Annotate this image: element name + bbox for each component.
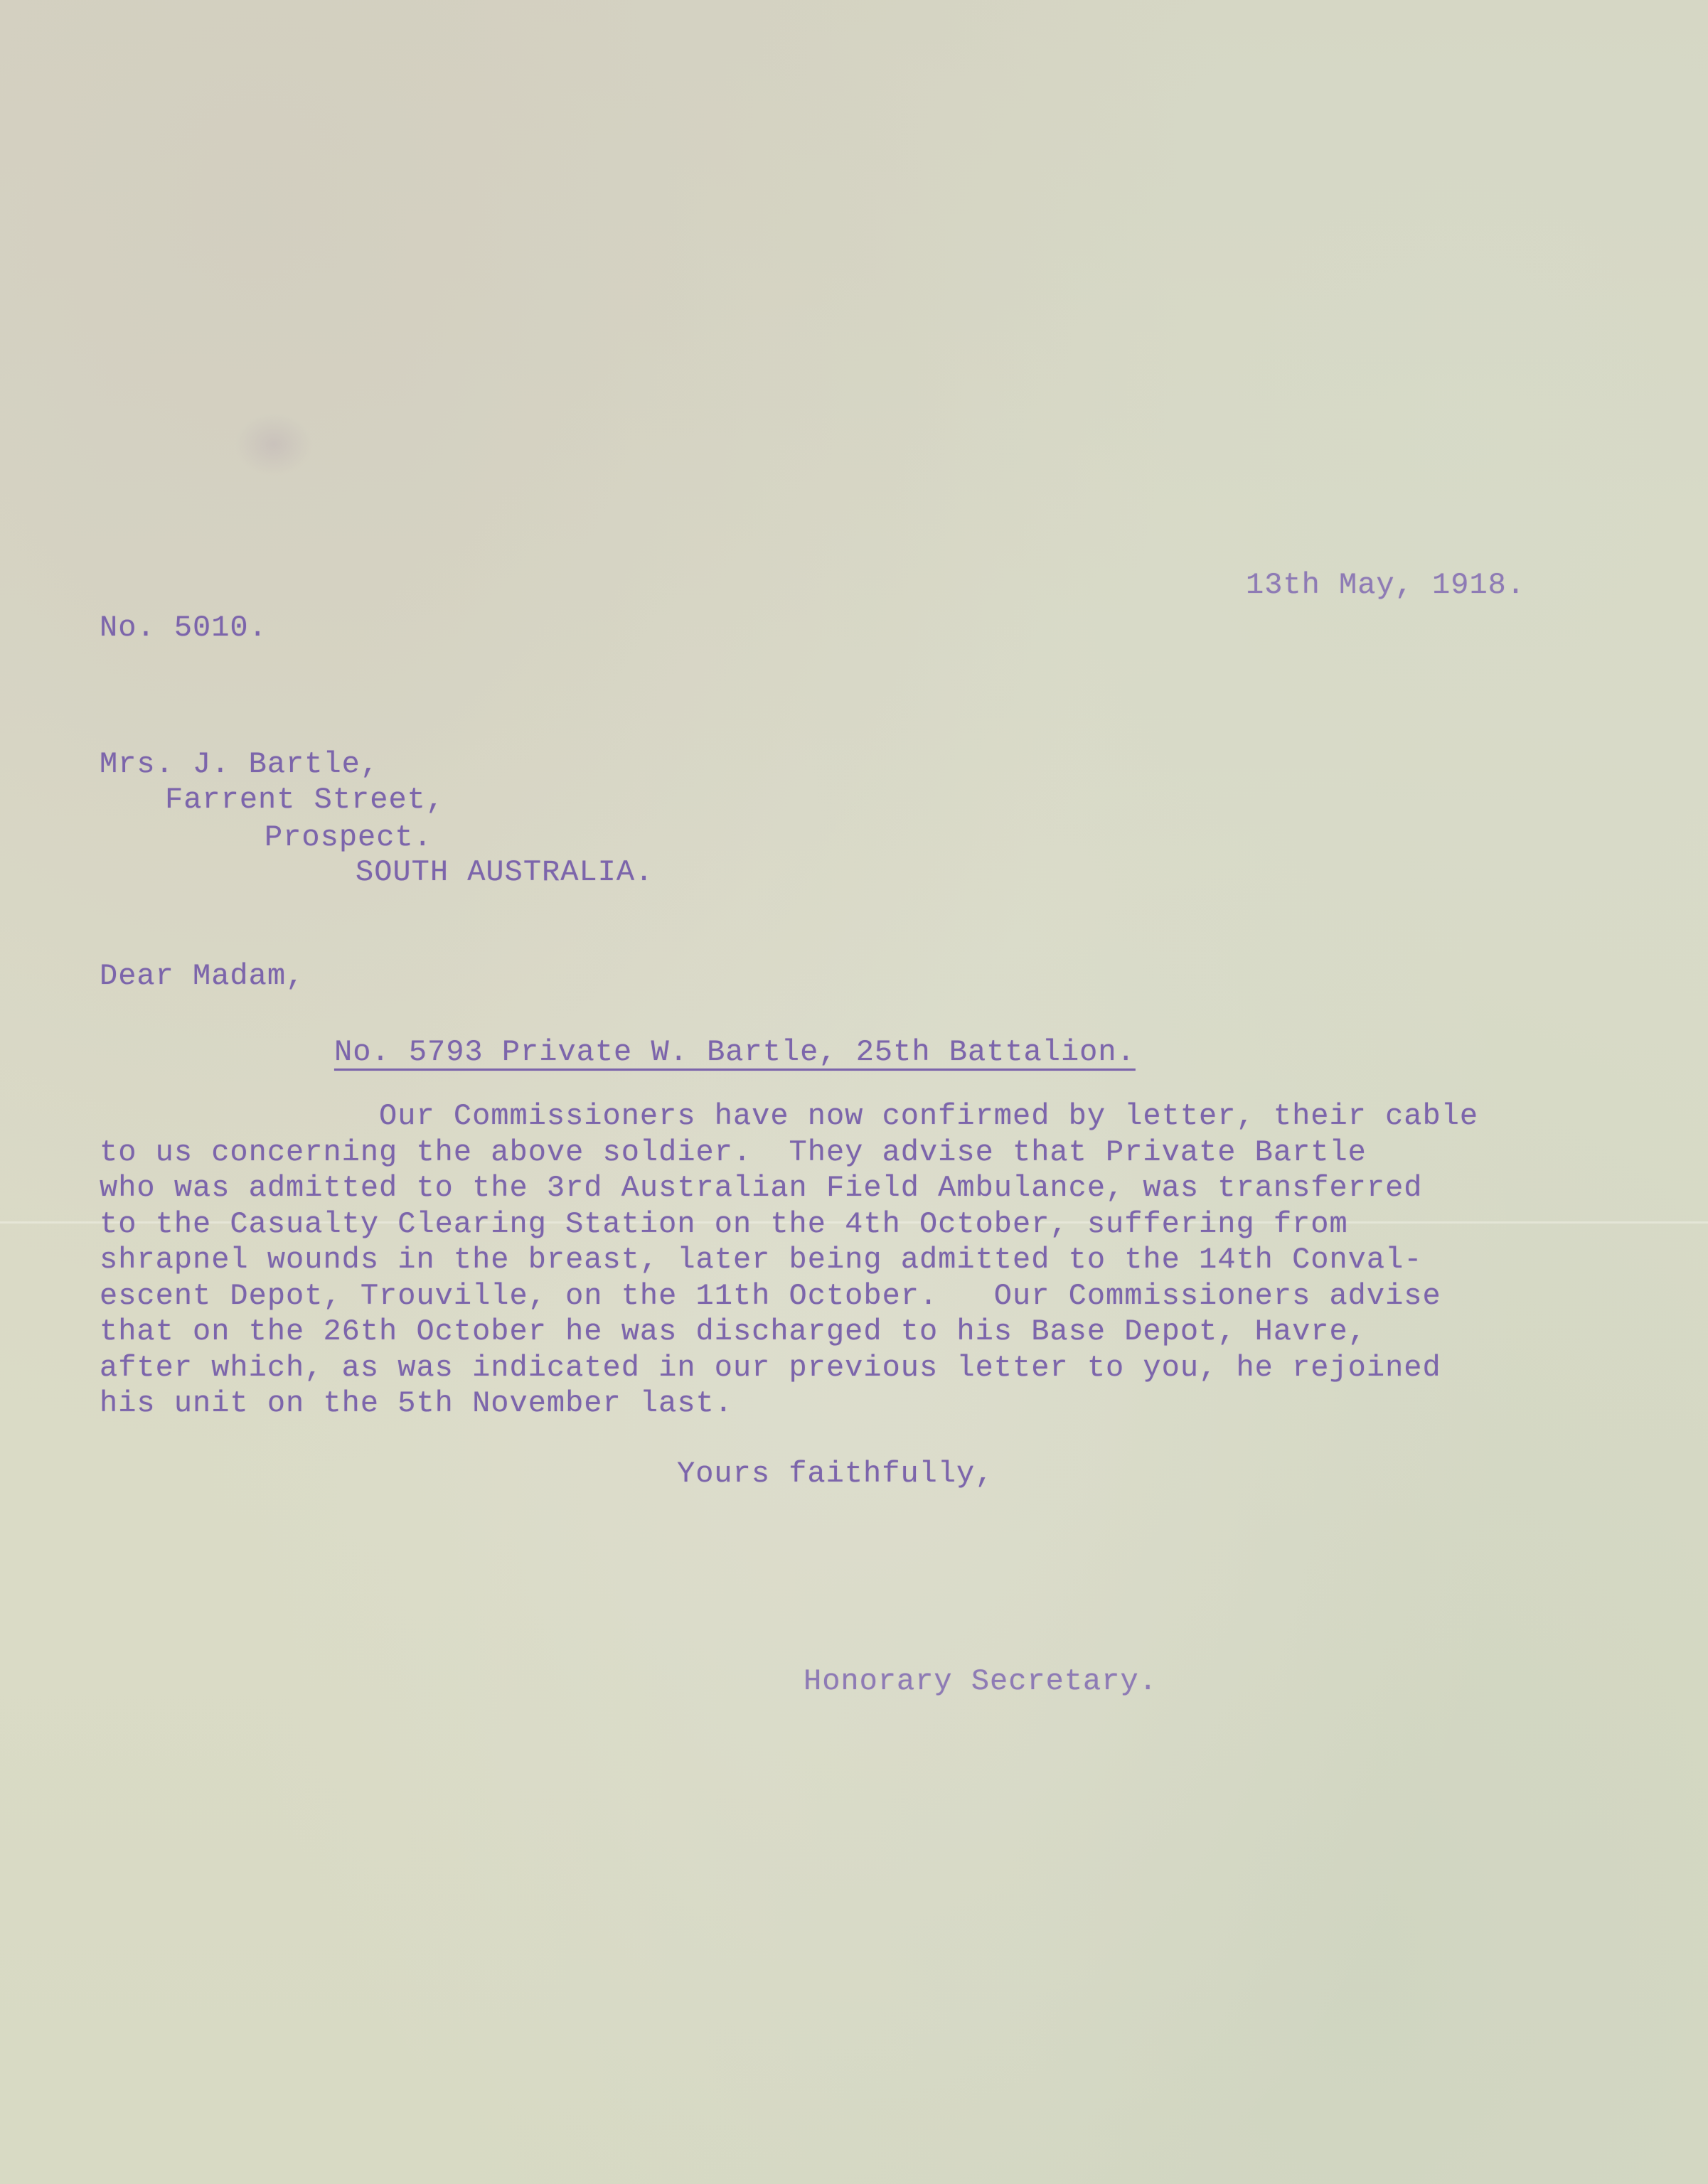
letter-body: Our Commissioners have now confirmed by …: [100, 1098, 1650, 1422]
recipient-state: SOUTH AUSTRALIA.: [356, 855, 653, 890]
closing: Yours faithfully,: [677, 1456, 993, 1492]
body-line: shrapnel wounds in the breast, later bei…: [100, 1242, 1650, 1278]
subject-line: No. 5793 Private W. Bartle, 25th Battali…: [334, 1034, 1136, 1070]
body-line: to the Casualty Clearing Station on the …: [100, 1206, 1650, 1243]
salutation: Dear Madam,: [100, 958, 304, 994]
body-line: escent Depot, Trouville, on the 11th Oct…: [100, 1278, 1650, 1315]
letter-page: No. 5010. 13th May, 1918. Mrs. J. Bartle…: [0, 0, 1708, 2184]
recipient-street: Farrent Street,: [165, 782, 444, 818]
letter-date: 13th May, 1918.: [1246, 567, 1525, 603]
body-line: who was admitted to the 3rd Australian F…: [100, 1170, 1650, 1206]
body-line: to us concerning the above soldier. They…: [100, 1135, 1650, 1171]
ink-smudge: [235, 412, 313, 476]
body-line: Our Commissioners have now confirmed by …: [100, 1098, 1650, 1135]
recipient-suburb: Prospect.: [265, 820, 432, 855]
recipient-name: Mrs. J. Bartle,: [100, 746, 379, 782]
body-line: after which, as was indicated in our pre…: [100, 1350, 1650, 1386]
reference-number: No. 5010.: [100, 610, 267, 646]
body-line: that on the 26th October he was discharg…: [100, 1314, 1650, 1350]
body-line: his unit on the 5th November last.: [100, 1386, 1650, 1422]
signatory-title: Honorary Secretary.: [804, 1664, 1158, 1699]
